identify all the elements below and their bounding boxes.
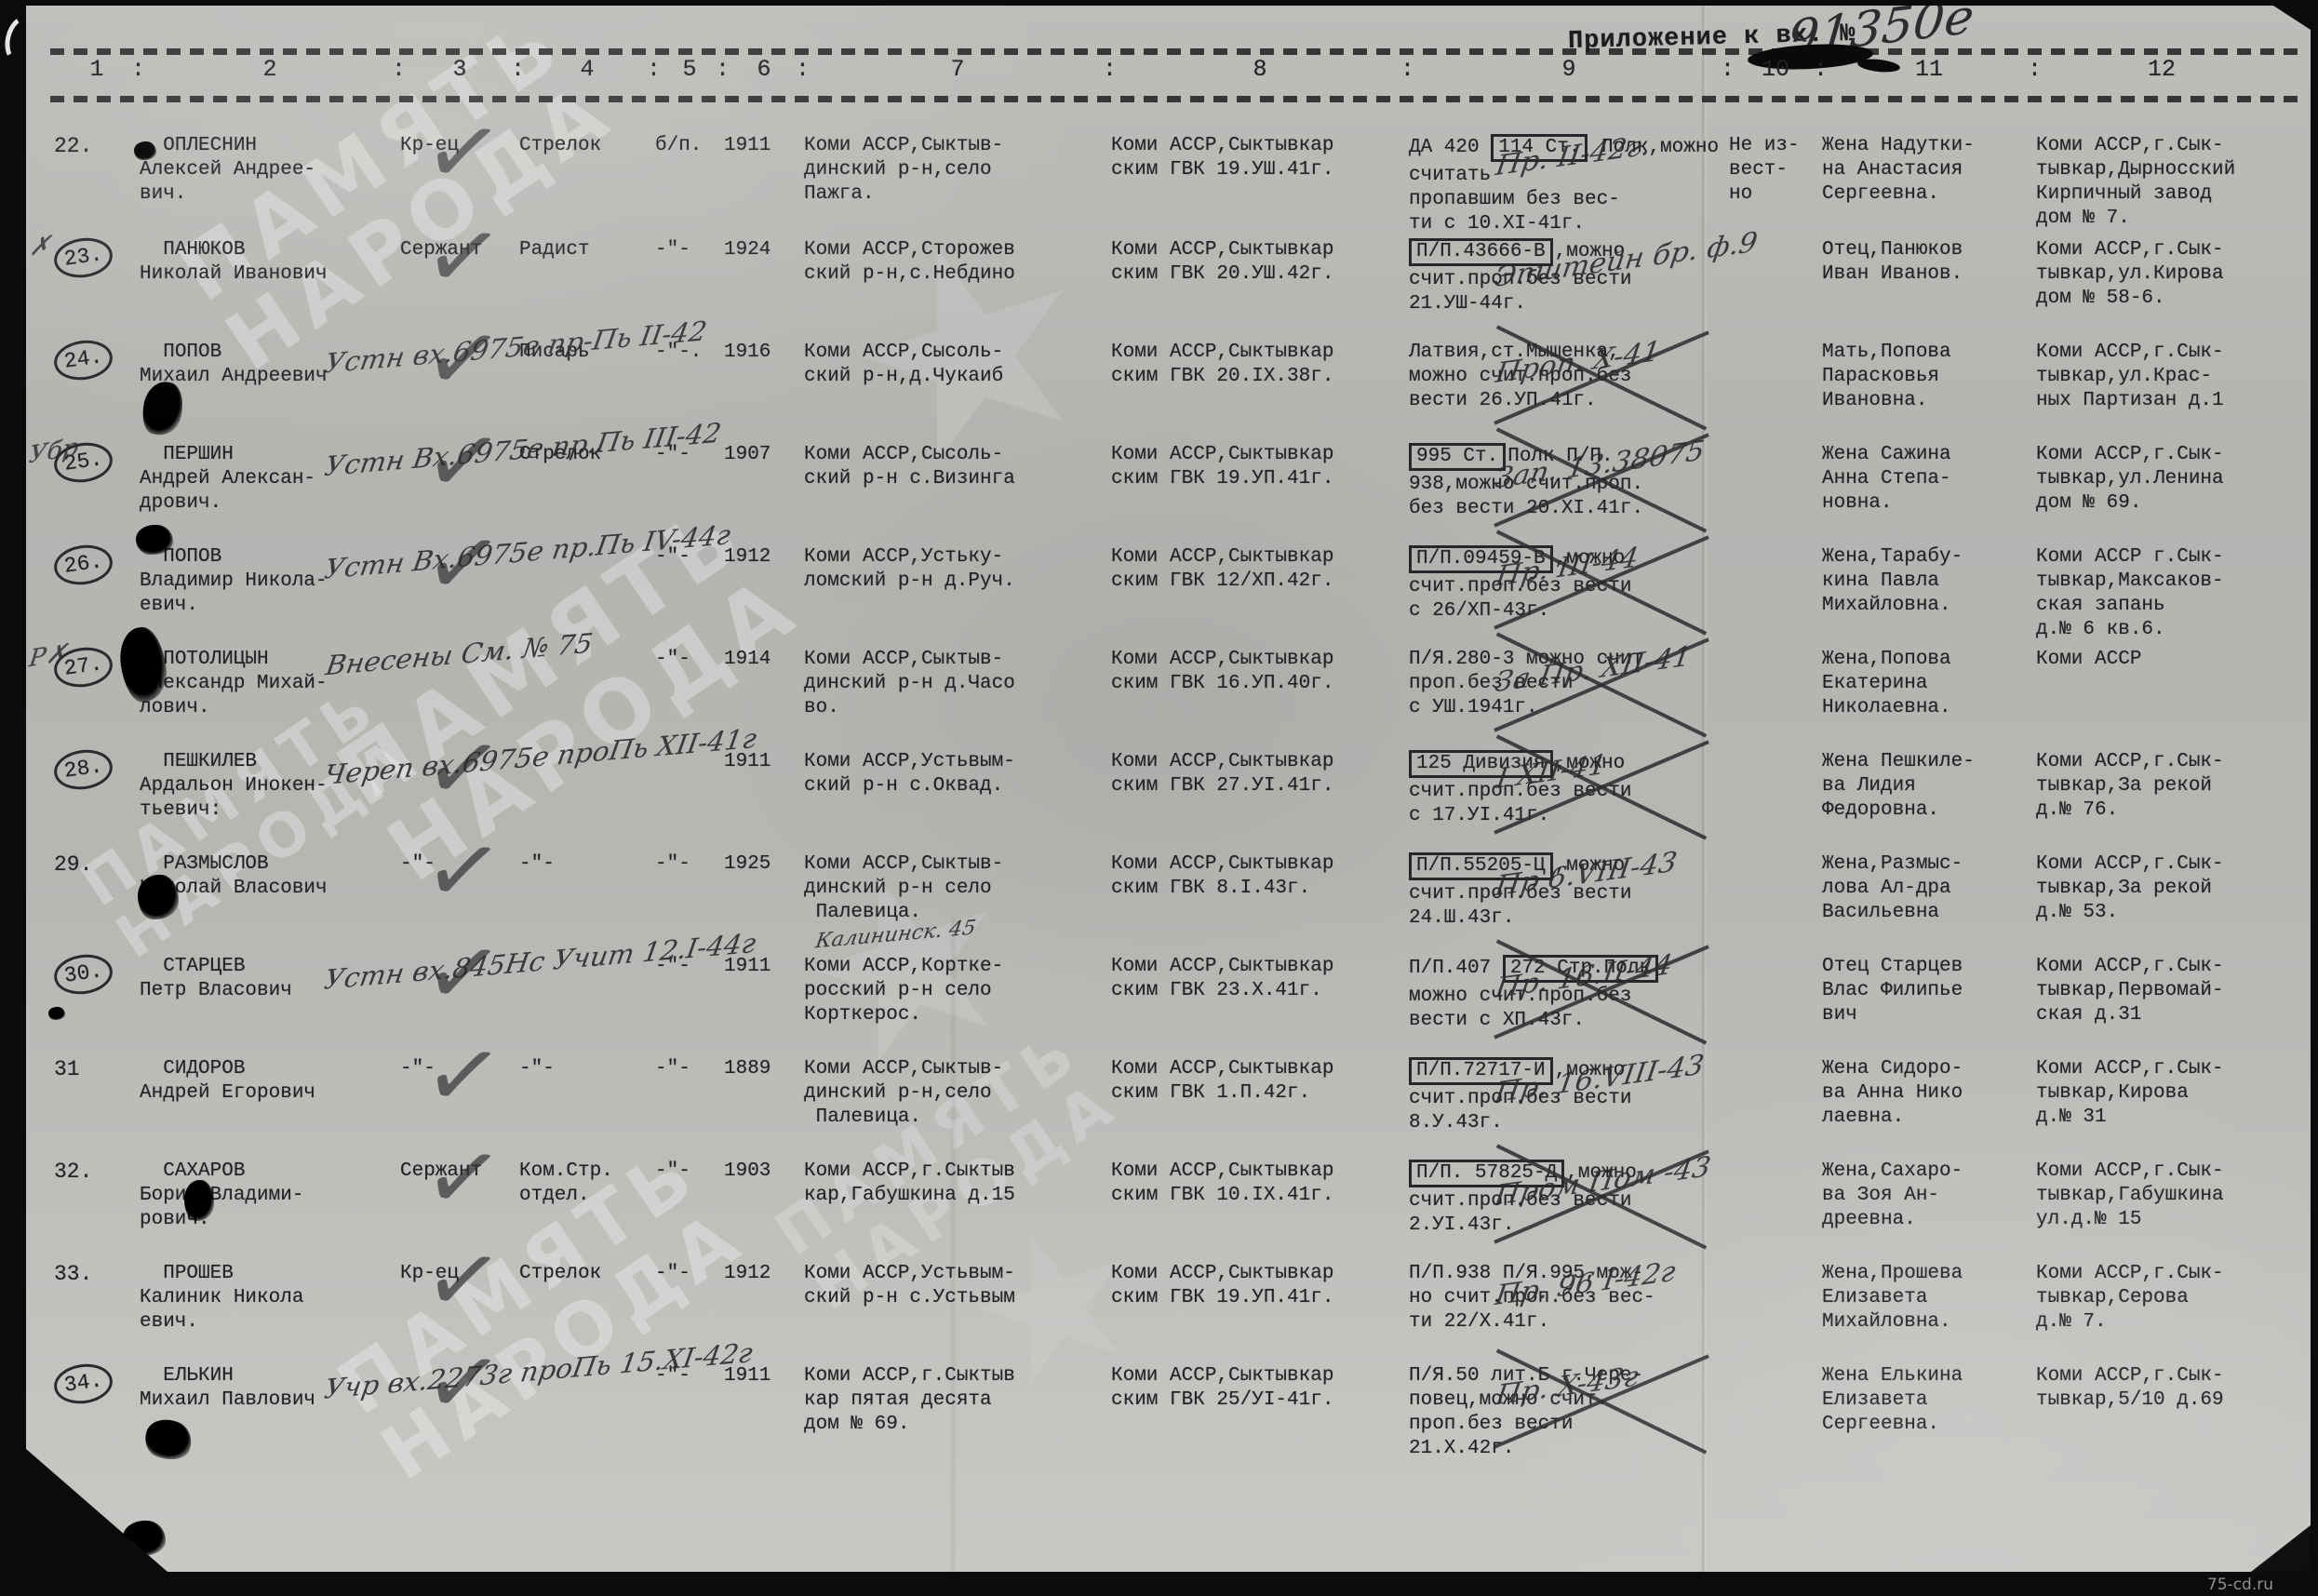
fate-text: ДА 420 [1409, 137, 1491, 158]
table-row: 23.✗ ПАНЮКОВ Николай ИвановичСержантРади… [54, 238, 2287, 339]
fate-boxed: 125 Дивизия [1409, 750, 1553, 778]
cell-number: 23.✗ [54, 238, 140, 339]
cell-number: 28. [54, 750, 140, 851]
punch-hole [184, 1180, 214, 1221]
cell-relative: Жена,Тарабу- кина Павла Михайловна. [1822, 545, 2036, 646]
fate-boxed: П/П.43666-В [1409, 238, 1553, 266]
table-row: 34. ЕЛЬКИН Михаил Павлович-"-1911Коми АС… [54, 1364, 2287, 1465]
cell-drafted-by: Коми АССР,Сыктывкар ским ГВК 20.УШ.42г. [1111, 238, 1409, 339]
cell-party: -"- [655, 1364, 724, 1465]
row-number-circled: 34. [51, 1361, 115, 1407]
cell-drafted-by: Коми АССР,Сыктывкар ским ГВК 23.Х.41г. [1111, 955, 1409, 1055]
row-number: 32. [54, 1160, 92, 1184]
cell-fate: Латвия,ст.Мышенка, можно счит.проп.без в… [1409, 341, 1729, 441]
cell-notice [1729, 341, 1822, 441]
cell-birth-year: 1916 [724, 341, 804, 441]
table-header-row: 1:2:3:4:5:6:7:8:9:10:11:12 [54, 56, 2287, 83]
cell-relative: Жена Сидоро- ва Анна Нико лаевна. [1822, 1057, 2036, 1158]
cell-name: САХАРОВ Борис Владими- рович. [140, 1160, 400, 1260]
cell-birthplace: Коми АССР,Сторожев ский р-н,с.Небдино [804, 238, 1111, 339]
dashed-rule-top [50, 48, 2306, 55]
column-number: 8: [1111, 56, 1409, 83]
cell-relative: Жена,Прошева Елизавета Михайловна. [1822, 1262, 2036, 1362]
cell-birthplace: Коми АССР,Устьку- ломский р-н д.Руч. [804, 545, 1111, 646]
cell-birthplace: Коми АССР,Сысоль- ский р-н,д.Чукаиб [804, 341, 1111, 441]
cell-name: ПЕШКИЛЕВ Ардальон Инокен- тьевич: [140, 750, 400, 851]
cell-birth-year: 1912 [724, 545, 804, 646]
cell-rank: Кр-ец [400, 1262, 519, 1362]
cell-notice: Не из- вест- но [1729, 134, 1822, 236]
cell-birth-year: 1912 [724, 1262, 804, 1362]
cell-relative: Жена Сажина Анна Степа- новна. [1822, 443, 2036, 543]
cell-notice [1729, 238, 1822, 339]
cell-notice [1729, 1262, 1822, 1362]
table-row: 32. САХАРОВ Борис Владими- рович.Сержант… [54, 1160, 2287, 1260]
cell-birth-year: 1914 [724, 648, 804, 748]
cell-fate: П/П.72717-И,можно счит.проп.без вести 8.… [1409, 1057, 1729, 1158]
row-number-circled: 24. [51, 337, 115, 383]
margin-note: ✗ [28, 233, 51, 260]
punch-hole [136, 525, 173, 555]
cell-drafted-by: Коми АССР,Сыктывкар ским ГВК 19.УП.41г. [1111, 1262, 1409, 1362]
cell-position [519, 545, 655, 646]
row-number-circled: 23. [51, 235, 115, 281]
fate-text: можно счит.проп.без вести с ХП.43г. [1409, 986, 1631, 1031]
table-row: 25.Убр ПЕРШИН Андрей Алексан- дрович.Стр… [54, 443, 2287, 543]
document-scan: ПАМЯТЬ НАРОДА ПАМЯТЬ НАРОДА ПАМЯТЬ НАРОД… [0, 0, 2318, 1596]
cell-drafted-by: Коми АССР,Сыктывкар ским ГВК 1.П.42г. [1111, 1057, 1409, 1158]
row-number-circled: 26. [51, 542, 115, 588]
row-number: 22. [54, 134, 92, 158]
cell-relative: Жена,Попова Екатерина Николаевна. [1822, 648, 2036, 748]
row-number: 29. [54, 852, 92, 877]
cell-number: 22. [54, 134, 140, 236]
cell-address: Коми АССР,г.Сык- тывкар,5/10 д.69 [2036, 1364, 2287, 1465]
row-number: 31 [54, 1057, 80, 1081]
corner-shadow [2273, 6, 2311, 30]
cell-drafted-by: Коми АССР,Сыктывкар ским ГВК 27.УI.41г. [1111, 750, 1409, 851]
cell-address: Коми АССР,г.Сык- тывкар,Серова д.№ 7. [2036, 1262, 2287, 1362]
fate-text: Латвия,ст.Мышенка, можно счит.проп.без в… [1409, 342, 1631, 411]
column-number: 3: [400, 56, 519, 83]
cell-party: -"- [655, 1160, 724, 1260]
cell-party: -"- [655, 443, 724, 543]
cell-fate: П/П.407 272 Стр.Полк можно счит.проп.без… [1409, 955, 1729, 1055]
column-number: 11: [1822, 56, 2036, 83]
cell-address: Коми АССР,г.Сык- тывкар,За рекой д.№ 76. [2036, 750, 2287, 851]
cell-position: Стрелок [519, 134, 655, 236]
cell-birthplace: Коми АССР,Устьвым- ский р-н с.Устьвым [804, 1262, 1111, 1362]
cell-party: -"-. [655, 341, 724, 441]
cell-drafted-by: Коми АССР,Сыктывкар ским ГВК 8.I.43г. [1111, 852, 1409, 953]
cell-name: ПАНЮКОВ Николай Иванович [140, 238, 400, 339]
cell-fate: П/П.43666-В,можно счит.проп.без вести 21… [1409, 238, 1729, 339]
cell-fate: 125 Дивизия,можно счит.проп.без вести с … [1409, 750, 1729, 851]
column-number: 6: [724, 56, 804, 83]
cell-rank [400, 341, 519, 441]
table-body: 22. ОПЛЕСНИН Алексей Андрее- вич.Кр-ецСт… [54, 134, 2287, 1467]
cell-name: ПОПОВ Владимир Никола- евич. [140, 545, 400, 646]
table-row: 33. ПРОШЕВ Калиник Никола евич.Кр-ецСтре… [54, 1262, 2287, 1362]
cell-fate: П/П.09459-В,можно счит.проп.без вести с … [1409, 545, 1729, 646]
cell-rank: Сержант [400, 238, 519, 339]
cell-position: -"- [519, 1057, 655, 1158]
column-number: 7: [804, 56, 1111, 83]
row-number-circled: 30. [51, 951, 115, 998]
cell-party: -"- [655, 238, 724, 339]
cell-birthplace: Коми АССР,Сыктыв- динский р-н,село Пажга… [804, 134, 1111, 236]
cell-fate: П/Я.280-3 можно счит проп.без вести с УШ… [1409, 648, 1729, 748]
cell-birth-year: 1925 [724, 852, 804, 953]
cell-address: Коми АССР,г.Сык- тывкар,ул.Крас- ных Пар… [2036, 341, 2287, 441]
cell-rank: Кр-ец [400, 134, 519, 236]
table-row: 29. РАЗМЫСЛОВ Николай Власович-"--"--"-1… [54, 852, 2287, 953]
cell-notice [1729, 545, 1822, 646]
cell-party: -"- [655, 545, 724, 646]
cell-address: Коми АССР,г.Сык- тывкар,Кирова д.№ 31 [2036, 1057, 2287, 1158]
cell-address: Коми АССР,г.Сык- тывкар,За рекой д.№ 53. [2036, 852, 2287, 953]
cell-fate: П/П.55205-Ц,можно счит.проп.без вести 24… [1409, 852, 1729, 953]
cell-name: ПЕРШИН Андрей Алексан- дрович. [140, 443, 400, 543]
table-row: 31 СИДОРОВ Андрей Егорович-"--"--"-1889К… [54, 1057, 2287, 1158]
cell-number: 33. [54, 1262, 140, 1362]
cell-drafted-by: Коми АССР,Сыктывкар ским ГВК 19.УП.41г. [1111, 443, 1409, 543]
column-number: 12 [2036, 56, 2287, 83]
table-row: 24. ПОПОВ Михаил АндреевичПисарь-"-.1916… [54, 341, 2287, 441]
cell-rank: -"- [400, 852, 519, 953]
table-row: 26. ПОПОВ Владимир Никола- евич.-"-1912К… [54, 545, 2287, 646]
cell-address: Коми АССР,г.Сык- тывкар,Дырносский Кирпи… [2036, 134, 2287, 236]
column-number: 4: [519, 56, 655, 83]
cell-birthplace: Коми АССР,Кортке- росский р-н село Кортк… [804, 955, 1111, 1055]
cell-party: -"- [655, 852, 724, 953]
cell-notice [1729, 955, 1822, 1055]
cell-rank: Сержант [400, 1160, 519, 1260]
cell-birth-year: 1911 [724, 1364, 804, 1465]
cell-name: СИДОРОВ Андрей Егорович [140, 1057, 400, 1158]
cell-notice [1729, 443, 1822, 543]
cell-birth-year: 1911 [724, 134, 804, 236]
punch-hole [48, 1007, 65, 1020]
cell-address: Коми АССР [2036, 648, 2287, 748]
cell-rank: -"- [400, 1057, 519, 1158]
cell-position [519, 1364, 655, 1465]
cell-position: Стрелок [519, 443, 655, 543]
fate-boxed: 272 Стр.Полк [1503, 955, 1658, 983]
cell-relative: Отец,Панюков Иван Иванов. [1822, 238, 2036, 339]
cell-birthplace: Коми АССР,Сыктыв- динский р-н село Палев… [804, 852, 1111, 953]
dashed-rule-bottom [50, 96, 2306, 102]
cell-rank [400, 1364, 519, 1465]
fate-boxed: П/П.72717-И [1409, 1057, 1553, 1085]
cell-number: 31 [54, 1057, 140, 1158]
cell-birth-year: 1911 [724, 750, 804, 851]
cell-address: Коми АССР,г.Сык- тывкар,Габушкина ул.д.№… [2036, 1160, 2287, 1260]
fate-boxed: 114 Ст. [1491, 134, 1588, 162]
corner-shadow [2251, 1525, 2311, 1572]
cell-relative: Жена,Размыс- лова Ал-дра Васильевна [1822, 852, 2036, 953]
cell-number: 30. [54, 955, 140, 1055]
cell-drafted-by: Коми АССР,Сыктывкар ским ГВК 16.УП.40г. [1111, 648, 1409, 748]
cell-birth-year: 1903 [724, 1160, 804, 1260]
cell-name: РАЗМЫСЛОВ Николай Власович [140, 852, 400, 953]
fate-text: П/Я.50 лит.Б г.Чере- повец,можно счит. п… [1409, 1365, 1643, 1459]
cell-address: Коми АССР г.Сык- тывкар,Максаков- ская з… [2036, 545, 2287, 646]
cell-drafted-by: Коми АССР,Сыктывкар ским ГВК 10.IХ.41г. [1111, 1160, 1409, 1260]
cell-rank [400, 750, 519, 851]
cell-number: 32. [54, 1160, 140, 1260]
cell-position: Стрелок [519, 1262, 655, 1362]
cell-position: Ком.Стр. отдел. [519, 1160, 655, 1260]
cell-birth-year: 1907 [724, 443, 804, 543]
cell-name: ПРОШЕВ Калиник Никола евич. [140, 1262, 400, 1362]
column-number: 9: [1409, 56, 1729, 83]
row-number: 33. [54, 1262, 92, 1286]
cell-rank [400, 545, 519, 646]
fate-text: П/П.407 [1409, 958, 1503, 979]
cell-relative: Отец Старцев Влас Филипье вич [1822, 955, 2036, 1055]
cell-relative: Жена Елькина Елизавета Сергеевна. [1822, 1364, 2036, 1465]
cell-birthplace: Коми АССР,Сыктыв- динский р-н д.Часо во. [804, 648, 1111, 748]
cell-party: -"- [655, 1262, 724, 1362]
cell-notice [1729, 852, 1822, 953]
cell-relative: Жена Надутки- на Анастасия Сергеевна. [1822, 134, 2036, 236]
column-number: 10: [1729, 56, 1822, 83]
cell-notice [1729, 1364, 1822, 1465]
cell-notice [1729, 1057, 1822, 1158]
cell-drafted-by: Коми АССР,Сыктывкар ским ГВК 20.IХ.38г. [1111, 341, 1409, 441]
column-number: 2: [140, 56, 400, 83]
cell-position [519, 648, 655, 748]
cell-party: -"- [655, 955, 724, 1055]
column-number: 5: [655, 56, 724, 83]
cell-number: 24. [54, 341, 140, 441]
table-row: 22. ОПЛЕСНИН Алексей Андрее- вич.Кр-ецСт… [54, 134, 2287, 236]
cell-name: ПОТОЛИЦЫН Александр Михай- лович. [140, 648, 400, 748]
table-row: 27.Р✗ ПОТОЛИЦЫН Александр Михай- лович.-… [54, 648, 2287, 748]
cell-position: Писарь [519, 341, 655, 441]
cell-drafted-by: Коми АССР,Сыктывкар ским ГВК 19.УШ.41г. [1111, 134, 1409, 236]
cell-rank [400, 443, 519, 543]
fate-boxed: П/П. 57825-Д [1409, 1160, 1564, 1187]
cell-drafted-by: Коми АССР,Сыктывкар ским ГВК 25/УI-41г. [1111, 1364, 1409, 1465]
fate-boxed: 995 Ст. [1409, 443, 1506, 471]
cell-fate: П/Я.50 лит.Б г.Чере- повец,можно счит. п… [1409, 1364, 1729, 1465]
fate-boxed: П/П.09459-В [1409, 545, 1553, 573]
fate-text: П/Я.280-3 можно счит проп.без вести с УШ… [1409, 649, 1643, 718]
cell-fate: П/П.938 П/Я.995,мож- но счит.проп.без ве… [1409, 1262, 1729, 1362]
cell-birthplace: Коми АССР,г.Сыктыв кар,Габушкина д.15 [804, 1160, 1111, 1260]
table-row: 30. СТАРЦЕВ Петр Власович-"-1911Коми АСС… [54, 955, 2287, 1055]
paper: ПАМЯТЬ НАРОДА ПАМЯТЬ НАРОДА ПАМЯТЬ НАРОД… [26, 6, 2311, 1572]
cell-notice [1729, 1160, 1822, 1260]
cell-party [655, 750, 724, 851]
cell-birthplace: Коми АССР,Сыктыв- динский р-н,село Палев… [804, 1057, 1111, 1158]
cell-address: Коми АССР,г.Сык- тывкар,Первомай- ская д… [2036, 955, 2287, 1055]
row-number-circled: 28. [51, 746, 115, 793]
site-watermark: 75-cd.ru [2207, 1576, 2273, 1594]
cell-party: б/п. [655, 134, 724, 236]
cell-number: 29. [54, 852, 140, 953]
cell-address: Коми АССР,г.Сык- тывкар,ул.Ленина дом № … [2036, 443, 2287, 543]
cell-position: Радист [519, 238, 655, 339]
cell-rank [400, 648, 519, 748]
margin-note: Р✗ [28, 641, 68, 671]
column-number: 1: [54, 56, 140, 83]
cell-birth-year: 1911 [724, 955, 804, 1055]
cell-address: Коми АССР,г.Сык- тывкар,ул.Кирова дом № … [2036, 238, 2287, 339]
cell-name: ОПЛЕСНИН Алексей Андрее- вич. [140, 134, 400, 236]
cell-number: 26. [54, 545, 140, 646]
cell-position [519, 955, 655, 1055]
cell-party: -"- [655, 648, 724, 748]
cell-rank [400, 955, 519, 1055]
table-row: 28. ПЕШКИЛЕВ Ардальон Инокен- тьевич:191… [54, 750, 2287, 851]
cell-birth-year: 1889 [724, 1057, 804, 1158]
cell-fate: 995 Ст.Полк П/П. 938,можно счит.проп. бе… [1409, 443, 1729, 543]
cell-drafted-by: Коми АССР,Сыктывкар ским ГВК 12/ХП.42г. [1111, 545, 1409, 646]
cell-notice [1729, 750, 1822, 851]
cell-birthplace: Коми АССР,Устьвым- ский р-н с.Оквад. [804, 750, 1111, 851]
cell-name: СТАРЦЕВ Петр Власович [140, 955, 400, 1055]
punch-hole [134, 141, 156, 160]
cell-birth-year: 1924 [724, 238, 804, 339]
cell-fate: П/П. 57825-Д,можно счит.проп.без вести 2… [1409, 1160, 1729, 1260]
cell-notice [1729, 648, 1822, 748]
cell-birthplace: Коми АССР,г.Сыктыв кар пятая десята дом … [804, 1364, 1111, 1465]
cell-relative: Мать,Попова Парасковья Ивановна. [1822, 341, 2036, 441]
cell-relative: Жена Пешкиле- ва Лидия Федоровна. [1822, 750, 2036, 851]
cell-number: 25.Убр [54, 443, 140, 543]
cell-birthplace: Коми АССР,Сысоль- ский р-н с.Визинга [804, 443, 1111, 543]
fate-boxed: П/П.55205-Ц [1409, 852, 1553, 880]
cell-position [519, 750, 655, 851]
cell-party: -"- [655, 1057, 724, 1158]
cell-fate: ДА 420 114 Ст. Полк,можно считать пропав… [1409, 134, 1729, 236]
cell-number: 34. [54, 1364, 140, 1465]
fate-text: П/П.938 П/Я.995,мож- но счит.проп.без ве… [1409, 1263, 1655, 1333]
punch-hole [138, 875, 179, 919]
cell-relative: Жена,Сахаро- ва Зоя Ан- дреевна. [1822, 1160, 2036, 1260]
cell-position: -"- [519, 852, 655, 953]
